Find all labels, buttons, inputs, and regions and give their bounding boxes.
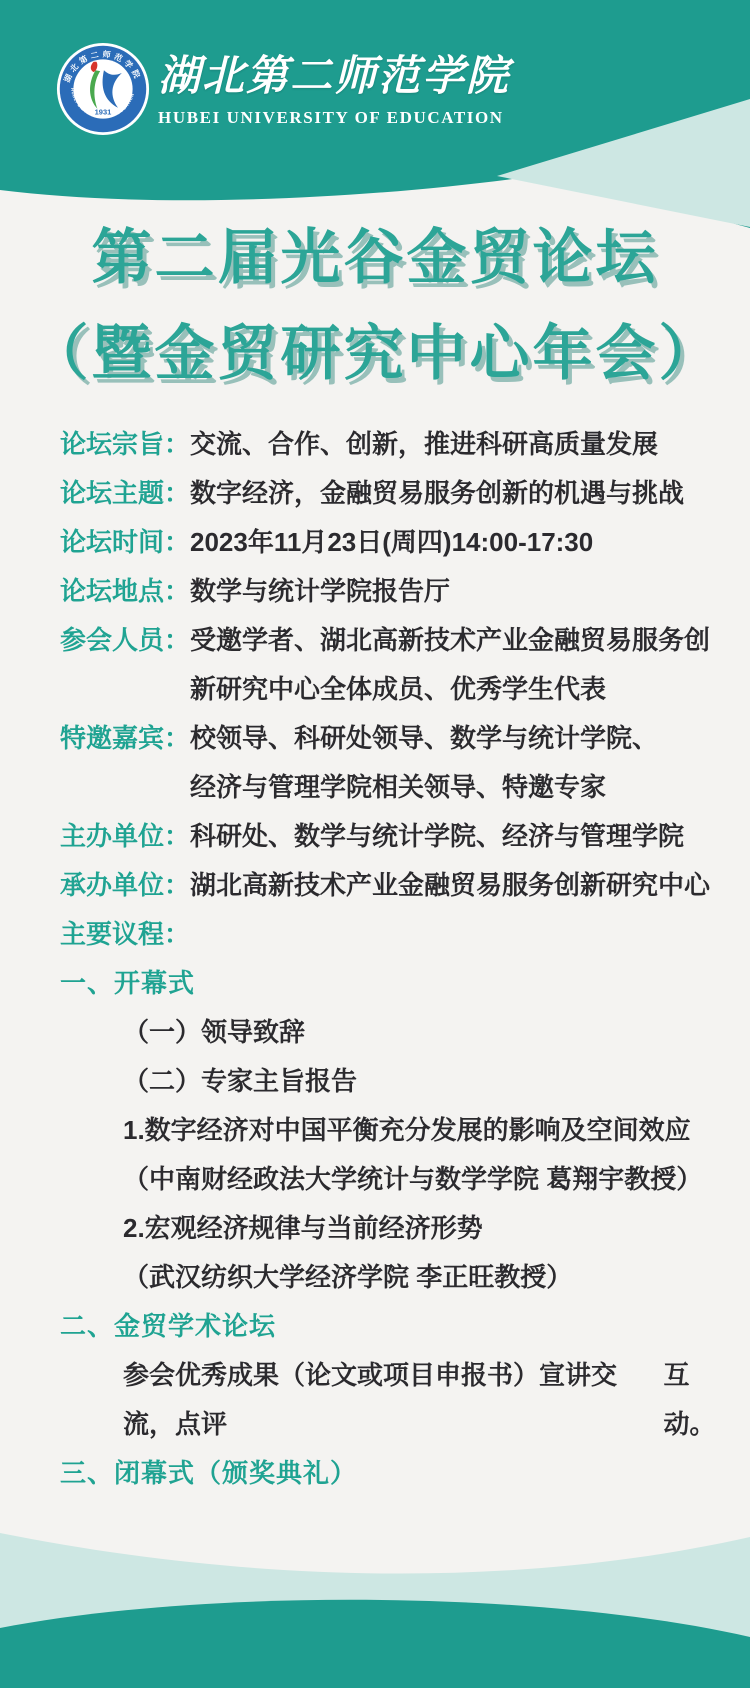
row-text-line: （二）专家主旨报告 xyxy=(123,1057,357,1106)
row-indent-11: （二）专家主旨报告 xyxy=(60,1057,734,1106)
agenda-rows: 论坛宗旨：交流、合作、创新，推进科研高质量发展论坛主题：数字经济，金融贸易服务创… xyxy=(60,420,734,1498)
row-label-3: 论坛地点：数学与统计学院报告厅 xyxy=(60,567,734,616)
row-text-line: 新研究中心全体成员、优秀学生代表 xyxy=(190,665,734,714)
row-label: 主要议程： xyxy=(60,910,190,959)
row-label: 参会人员： xyxy=(60,616,190,665)
row-indent-17: 参会优秀成果（论文或项目申报书）宣讲交流，点评互动。 xyxy=(60,1351,734,1449)
row-text: 数学与统计学院报告厅 xyxy=(190,567,734,616)
university-name-cn: 湖北第二师范学院 xyxy=(158,50,510,102)
university-names: 湖北第二师范学院 HUBEI UNIVERSITY OF EDUCATION xyxy=(158,50,510,128)
row-label-8: 主要议程： xyxy=(60,910,734,959)
row-label-0: 论坛宗旨：交流、合作、创新，推进科研高质量发展 xyxy=(60,420,734,469)
row-indent-10: （一）领导致辞 xyxy=(60,1008,734,1057)
row-text: 交流、合作、创新，推进科研高质量发展 xyxy=(190,420,734,469)
forum-poster: 湖北第二师范学院 HUBEI UNIVERSITY OF EDUCATION 1… xyxy=(0,0,750,1688)
row-label: 论坛地点： xyxy=(60,567,190,616)
forum-title-line2: （暨金贸研究中心年会） xyxy=(0,306,750,402)
row-label: 论坛宗旨： xyxy=(60,420,190,469)
row-text-line: （中南财经政法大学统计与数学学院 葛翔宇教授） xyxy=(123,1155,702,1204)
row-text-line: 交流、合作、创新，推进科研高质量发展 xyxy=(190,420,734,469)
row-section-16: 二、金贸学术论坛 xyxy=(60,1302,734,1351)
row-label-1: 论坛主题：数字经济，金融贸易服务创新的机遇与挑战 xyxy=(60,469,734,518)
logo-year: 1931 xyxy=(95,107,112,116)
university-logo-icon: 湖北第二师范学院 HUBEI UNIVERSITY OF EDUCATION 1… xyxy=(56,42,150,136)
row-text-line: 数字经济，金融贸易服务创新的机遇与挑战 xyxy=(190,469,734,518)
row-indent-14: 2.宏观经济规律与当前经济形势 xyxy=(60,1204,734,1253)
row-text-line: 参会优秀成果（论文或项目申报书）宣讲交流，点评 xyxy=(123,1351,663,1449)
row-text: 科研处、数学与统计学院、经济与管理学院 xyxy=(190,812,734,861)
footer-curves xyxy=(0,1513,750,1688)
row-text-line: 互动。 xyxy=(663,1351,734,1449)
row-text: 校领导、科研处领导、数学与统计学院、经济与管理学院相关领导、特邀专家 xyxy=(190,714,734,812)
row-label-6: 主办单位：科研处、数学与统计学院、经济与管理学院 xyxy=(60,812,734,861)
row-text-line: 2.宏观经济规律与当前经济形势 xyxy=(123,1204,483,1253)
row-text-line: （武汉纺织大学经济学院 李正旺教授） xyxy=(123,1253,572,1302)
university-logo: 湖北第二师范学院 HUBEI UNIVERSITY OF EDUCATION 1… xyxy=(56,42,150,136)
row-text-line: 1.数字经济对中国平衡充分发展的影响及空间效应 xyxy=(123,1106,691,1155)
row-text: 受邀学者、湖北高新技术产业金融贸易服务创新研究中心全体成员、优秀学生代表 xyxy=(190,616,734,714)
row-label-7: 承办单位：湖北高新技术产业金融贸易服务创新研究中心 xyxy=(60,861,734,910)
row-text: 2023年11月23日(周四)14:00-17:30 xyxy=(190,518,734,567)
row-label: 论坛主题： xyxy=(60,469,190,518)
footer-banner xyxy=(0,1513,750,1688)
row-indent-12: 1.数字经济对中国平衡充分发展的影响及空间效应 xyxy=(60,1106,734,1155)
row-text: 数字经济，金融贸易服务创新的机遇与挑战 xyxy=(190,469,734,518)
row-label-5: 特邀嘉宾：校领导、科研处领导、数学与统计学院、经济与管理学院相关领导、特邀专家 xyxy=(60,714,734,812)
row-text-line: 科研处、数学与统计学院、经济与管理学院 xyxy=(190,812,734,861)
row-text-line: 受邀学者、湖北高新技术产业金融贸易服务创 xyxy=(190,616,734,665)
row-text-line: （一）领导致辞 xyxy=(123,1008,305,1057)
row-label: 论坛时间： xyxy=(60,518,190,567)
row-section-9: 一、开幕式 xyxy=(60,959,734,1008)
row-text-line: 校领导、科研处领导、数学与统计学院、 xyxy=(190,714,734,763)
forum-title: 第二届光谷金贸论坛 （暨金贸研究中心年会） xyxy=(0,210,750,402)
row-label: 承办单位： xyxy=(60,861,190,910)
row-label-4: 参会人员：受邀学者、湖北高新技术产业金融贸易服务创新研究中心全体成员、优秀学生代… xyxy=(60,616,734,714)
row-text-line: 经济与管理学院相关领导、特邀专家 xyxy=(190,763,734,812)
university-name-en: HUBEI UNIVERSITY OF EDUCATION xyxy=(158,108,510,128)
forum-title-line1: 第二届光谷金贸论坛 xyxy=(0,210,750,306)
row-label-2: 论坛时间：2023年11月23日(周四)14:00-17:30 xyxy=(60,518,734,567)
row-section-18: 三、闭幕式（颁奖典礼） xyxy=(60,1449,734,1498)
row-text-line: 数学与统计学院报告厅 xyxy=(190,567,734,616)
row-text-line: 湖北高新技术产业金融贸易服务创新研究中心 xyxy=(190,861,734,910)
row-label: 特邀嘉宾： xyxy=(60,714,190,763)
row-indent-15: （武汉纺织大学经济学院 李正旺教授） xyxy=(60,1253,734,1302)
row-label: 主办单位： xyxy=(60,812,190,861)
row-text: 湖北高新技术产业金融贸易服务创新研究中心 xyxy=(190,861,734,910)
row-indent-13: （中南财经政法大学统计与数学学院 葛翔宇教授） xyxy=(60,1155,734,1204)
row-text-line: 2023年11月23日(周四)14:00-17:30 xyxy=(190,518,734,567)
